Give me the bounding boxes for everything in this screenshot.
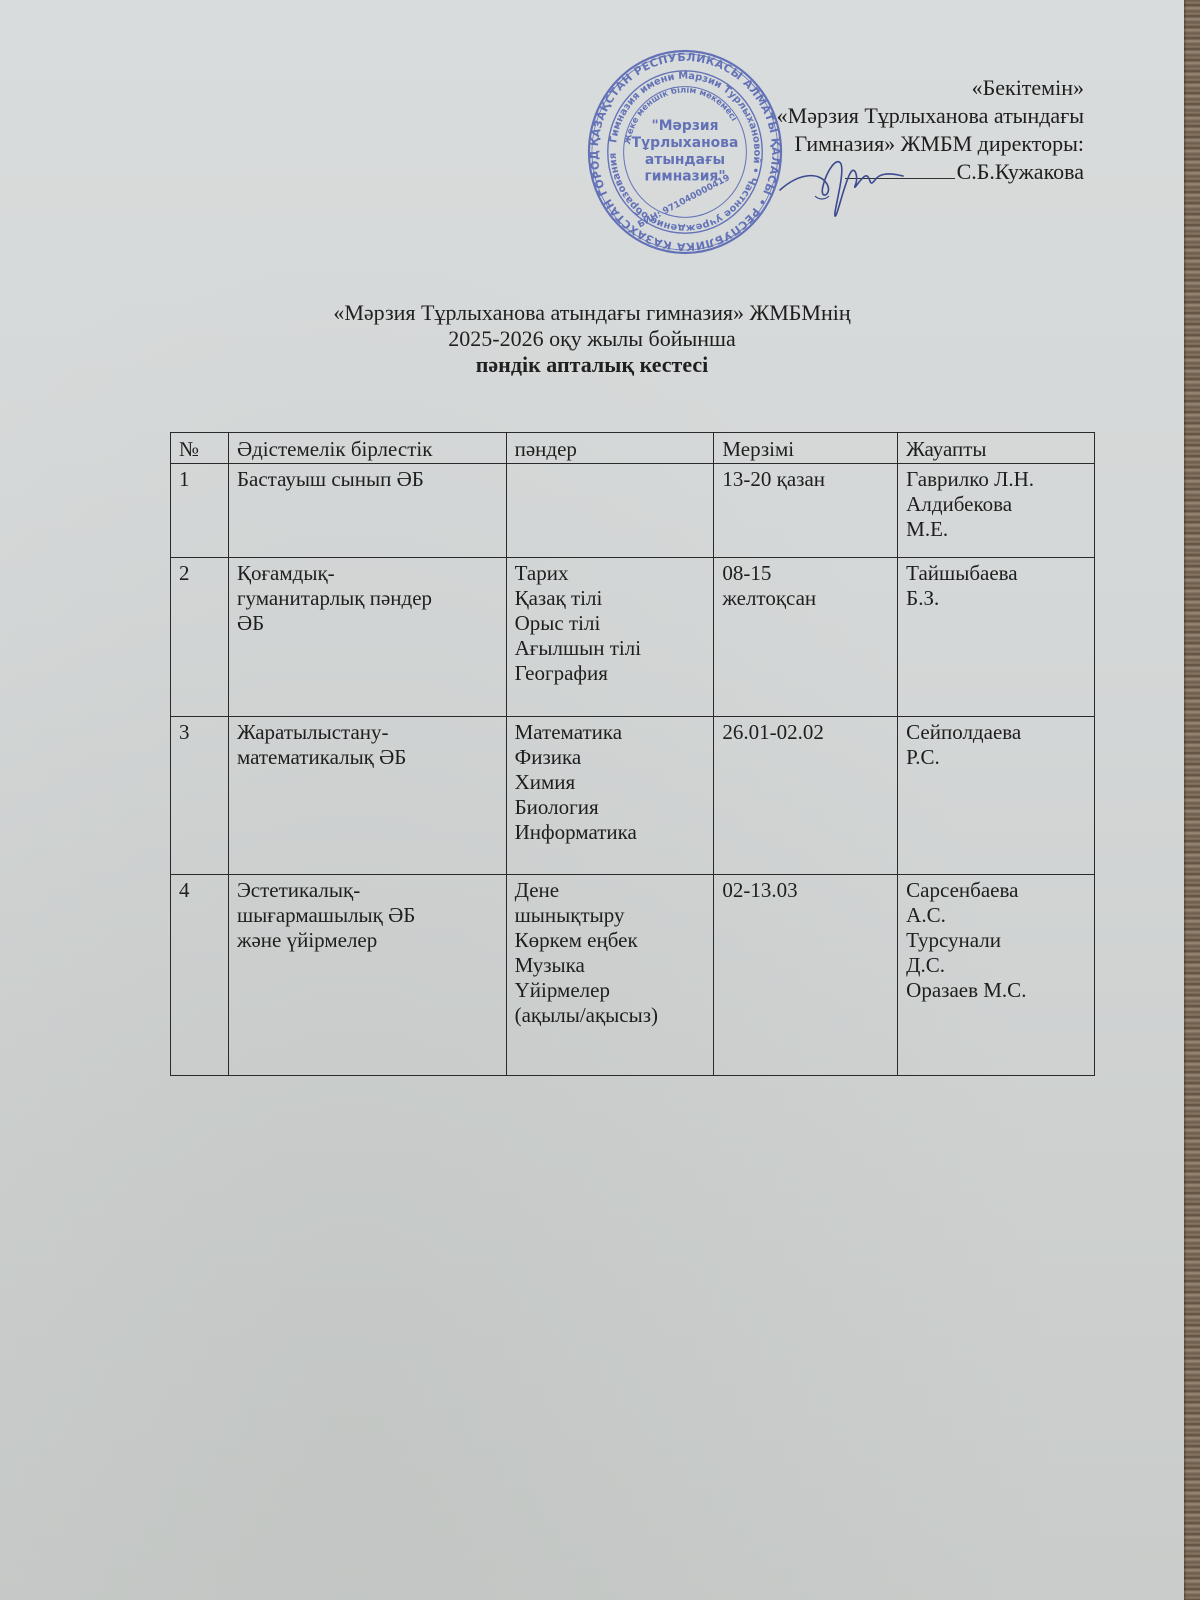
association-cell: Жаратылыстану-математикалық ӘБ xyxy=(228,717,506,875)
subjects-cell-line: Биология xyxy=(515,795,706,820)
row-number: 2 xyxy=(171,558,229,717)
subjects-cell: ТарихҚазақ тіліОрыс тіліАғылшын тіліГеог… xyxy=(506,558,714,717)
subjects-cell-line: Көркем еңбек xyxy=(515,928,706,953)
subjects-cell-line: География xyxy=(515,661,706,686)
dates-cell: 02-13.03 xyxy=(714,875,898,1076)
responsible-cell-line: Оразаев М.С. xyxy=(906,978,1086,1003)
subjects-cell-line: Информатика xyxy=(515,820,706,845)
subjects-cell-line: шынықтыру xyxy=(515,903,706,928)
header-number: № xyxy=(171,433,229,464)
subjects-cell-line: Музыка xyxy=(515,953,706,978)
dates-cell-line: 08-15 xyxy=(722,561,889,586)
subjects-cell-line: Ағылшын тілі xyxy=(515,636,706,661)
responsible-cell-line: Алдибекова xyxy=(906,492,1086,517)
association-cell-line: Жаратылыстану- xyxy=(237,720,498,745)
row-number-line: 2 xyxy=(179,561,220,586)
row-number-line: 3 xyxy=(179,720,220,745)
association-cell-line: математикалық ӘБ xyxy=(237,745,498,770)
association-cell: Эстетикалық-шығармашылық ӘБжәне үйірмеле… xyxy=(228,875,506,1076)
subjects-cell xyxy=(506,464,714,558)
approval-heading: «Бекітемін» xyxy=(777,74,1084,102)
subjects-cell-line: Үйірмелер xyxy=(515,978,706,1003)
subjects-cell-line: Химия xyxy=(515,770,706,795)
title-line-2: 2025-2026 оқу жылы бойынша xyxy=(0,326,1184,352)
association-cell-line: гуманитарлық пәндер xyxy=(237,586,498,611)
subjects-cell-line: Физика xyxy=(515,745,706,770)
responsible-cell-line: Р.С. xyxy=(906,745,1086,770)
row-number: 4 xyxy=(171,875,229,1076)
dates-cell: 26.01-02.02 xyxy=(714,717,898,875)
header-dates: Мерзімі xyxy=(714,433,898,464)
responsible-cell: Гаврилко Л.Н.АлдибековаМ.Е. xyxy=(898,464,1095,558)
responsible-cell-line: А.С. xyxy=(906,903,1086,928)
row-number-line: 1 xyxy=(179,467,220,492)
association-cell-line: ӘБ xyxy=(237,611,498,636)
title-line-3: пәндік апталық кестесі xyxy=(0,352,1184,378)
header-responsible: Жауапты xyxy=(898,433,1095,464)
header-association: Әдістемелік бірлестік xyxy=(228,433,506,464)
subject-week-schedule-table: № Әдістемелік бірлестік пәндер Мерзімі Ж… xyxy=(170,432,1095,1076)
official-stamp-icon: ҚАЗАҚСТАН РЕСПУБЛИКАСЫ АЛМАТЫ ҚАЛАСЫ • Р… xyxy=(586,46,784,258)
row-number: 3 xyxy=(171,717,229,875)
table-row: 4Эстетикалық-шығармашылық ӘБжәне үйірмел… xyxy=(171,875,1095,1076)
table-row: 3Жаратылыстану-математикалық ӘБМатематик… xyxy=(171,717,1095,875)
association-cell-line: шығармашылық ӘБ xyxy=(237,903,498,928)
responsible-cell-line: Сарсенбаева xyxy=(906,878,1086,903)
row-number: 1 xyxy=(171,464,229,558)
subjects-cell-line: Математика xyxy=(515,720,706,745)
responsible-cell-line: Турсунали xyxy=(906,928,1086,953)
association-cell-line: Қоғамдық- xyxy=(237,561,498,586)
responsible-cell-line: Тайшыбаева xyxy=(906,561,1086,586)
dates-cell-line: 13-20 қазан xyxy=(722,467,889,492)
approval-org-line: «Мәрзия Тұрлыханова атындағы xyxy=(777,102,1084,130)
responsible-cell: СарсенбаеваА.С.ТурсуналиД.С.Оразаев М.С. xyxy=(898,875,1095,1076)
subjects-cell: ДенешынықтыруКөркем еңбекМузыкаҮйірмелер… xyxy=(506,875,714,1076)
subjects-cell-line: Қазақ тілі xyxy=(515,586,706,611)
responsible-cell-line: Д.С. xyxy=(906,953,1086,978)
subjects-cell: МатематикаФизикаХимияБиологияИнформатика xyxy=(506,717,714,875)
dates-cell-line: желтоқсан xyxy=(722,586,889,611)
title-line-1: «Мәрзия Тұрлыханова атындағы гимназия» Ж… xyxy=(0,300,1184,326)
subjects-cell-line: Тарих xyxy=(515,561,706,586)
association-cell: Бастауыш сынып ӘБ xyxy=(228,464,506,558)
subjects-cell-line: (ақылы/ақысыз) xyxy=(515,1003,706,1028)
association-cell-line: Бастауыш сынып ӘБ xyxy=(237,467,498,492)
responsible-cell-line: Гаврилко Л.Н. xyxy=(906,467,1086,492)
dates-cell: 08-15желтоқсан xyxy=(714,558,898,717)
responsible-cell-line: М.Е. xyxy=(906,517,1086,542)
header-subjects: пәндер xyxy=(506,433,714,464)
row-number-line: 4 xyxy=(179,878,220,903)
responsible-cell-line: Б.З. xyxy=(906,586,1086,611)
signature-icon xyxy=(775,150,905,220)
responsible-cell-line: Сейполдаева xyxy=(906,720,1086,745)
dates-cell-line: 26.01-02.02 xyxy=(722,720,889,745)
table-row: 1Бастауыш сынып ӘБ13-20 қазанГаврилко Л.… xyxy=(171,464,1095,558)
table-row: 2Қоғамдық-гуманитарлық пәндерӘБТарихҚаза… xyxy=(171,558,1095,717)
association-cell: Қоғамдық-гуманитарлық пәндерӘБ xyxy=(228,558,506,717)
responsible-cell: ТайшыбаеваБ.З. xyxy=(898,558,1095,717)
dates-cell: 13-20 қазан xyxy=(714,464,898,558)
document-page: ҚАЗАҚСТАН РЕСПУБЛИКАСЫ АЛМАТЫ ҚАЛАСЫ • Р… xyxy=(0,0,1184,1600)
responsible-cell: СейполдаеваР.С. xyxy=(898,717,1095,875)
table-header-row: № Әдістемелік бірлестік пәндер Мерзімі Ж… xyxy=(171,433,1095,464)
document-title: «Мәрзия Тұрлыханова атындағы гимназия» Ж… xyxy=(0,300,1184,378)
dates-cell-line: 02-13.03 xyxy=(722,878,889,903)
signatory-name: С.Б.Кужакова xyxy=(957,159,1084,184)
association-cell-line: және үйірмелер xyxy=(237,928,498,953)
subjects-cell-line: Дене xyxy=(515,878,706,903)
subjects-cell-line: Орыс тілі xyxy=(515,611,706,636)
association-cell-line: Эстетикалық- xyxy=(237,878,498,903)
